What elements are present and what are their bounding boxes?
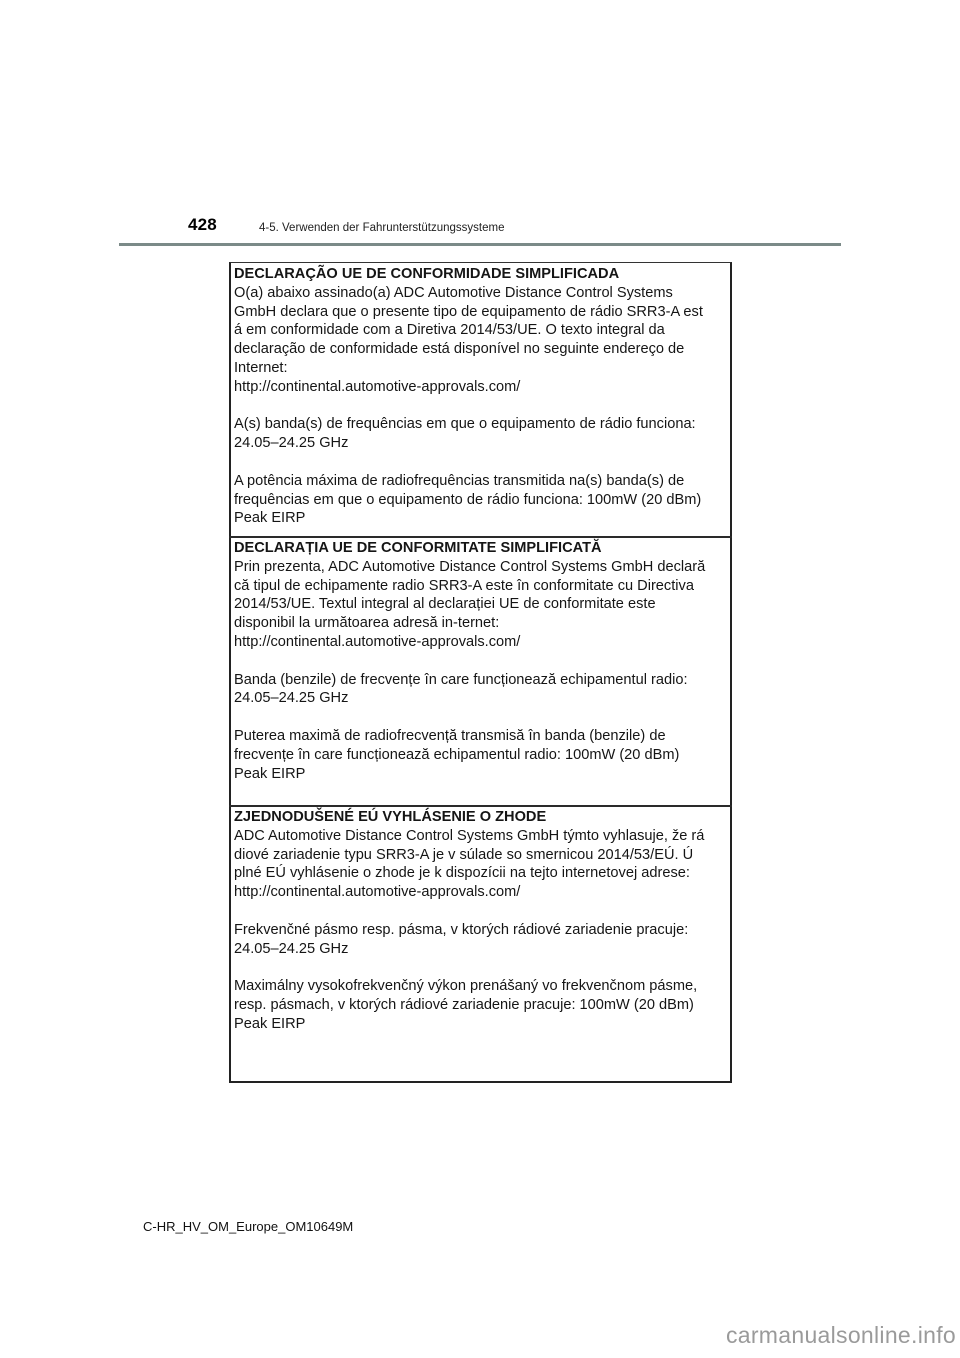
- declaration-text-line: GmbH declara que o presente tipo de equi…: [234, 303, 728, 322]
- max-power-text: Peak EIRP: [234, 765, 728, 784]
- declaration-text-line: disponibil la următoarea adresă in-terne…: [234, 614, 728, 633]
- declaration-text-line: ADC Automotive Distance Control Systems …: [234, 827, 728, 846]
- frequency-band-label: Frekvenčné pásmo resp. pásma, v ktorých …: [234, 921, 728, 940]
- declaration-text-line: á em conformidade com a Diretiva 2014/53…: [234, 321, 728, 340]
- header-rule: [119, 243, 841, 246]
- declaration-text-line: plné EÚ vyhlásenie o zhode je k dispozíc…: [234, 864, 728, 883]
- frequency-band-label: Banda (benzile) de frecvențe în care fun…: [234, 671, 728, 690]
- spacer: [234, 708, 728, 727]
- max-power-text: Peak EIRP: [234, 509, 728, 528]
- section-divider: [229, 536, 732, 538]
- declaration-section-sk: ZJEDNODUŠENÉ EÚ VYHLÁSENIE O ZHODE ADC A…: [231, 808, 730, 1034]
- max-power-text: Maximálny vysokofrekvenčný výkon prenáša…: [234, 977, 728, 996]
- frequency-band-value: 24.05–24.25 GHz: [234, 689, 728, 708]
- spacer: [234, 902, 728, 921]
- section-title: 4-5. Verwenden der Fahrunterstützungssys…: [259, 222, 504, 234]
- declaration-text-line: 2014/53/UE. Textul integral al declarați…: [234, 595, 728, 614]
- declaration-section-pt: DECLARAÇÃO UE DE CONFORMIDADE SIMPLIFICA…: [231, 265, 730, 528]
- spacer: [234, 652, 728, 671]
- frequency-band-label: A(s) banda(s) de frequências em que o eq…: [234, 415, 728, 434]
- page-number: 428: [188, 215, 217, 235]
- manual-id: C-HR_HV_OM_Europe_OM10649M: [143, 1219, 353, 1234]
- declaration-text-line: Prin prezenta, ADC Automotive Distance C…: [234, 558, 728, 577]
- frequency-band-value: 24.05–24.25 GHz: [234, 940, 728, 959]
- declaration-section-ro: DECLARAȚIA UE DE CONFORMITATE SIMPLIFICA…: [231, 539, 730, 783]
- max-power-text: Peak EIRP: [234, 1015, 728, 1034]
- frequency-band-value: 24.05–24.25 GHz: [234, 434, 728, 453]
- declaration-url: http://continental.automotive-approvals.…: [234, 883, 728, 902]
- declaration-url: http://continental.automotive-approvals.…: [234, 633, 728, 652]
- declaration-text-line: că tipul de echipamente radio SRR3-A est…: [234, 577, 728, 596]
- max-power-text: A potência máxima de radiofrequências tr…: [234, 472, 728, 491]
- declaration-box: DECLARAÇÃO UE DE CONFORMIDADE SIMPLIFICA…: [229, 262, 732, 1083]
- declaration-heading: DECLARAȚIA UE DE CONFORMITATE SIMPLIFICA…: [234, 539, 728, 558]
- max-power-text: frequências em que o equipamento de rádi…: [234, 491, 728, 510]
- section-divider: [229, 805, 732, 807]
- declaration-url: http://continental.automotive-approvals.…: [234, 378, 728, 397]
- watermark: carmanualsonline.info: [726, 1322, 956, 1349]
- spacer: [234, 397, 728, 416]
- max-power-text: Puterea maximă de radiofrecvență transmi…: [234, 727, 728, 746]
- declaration-text-line: O(a) abaixo assinado(a) ADC Automotive D…: [234, 284, 728, 303]
- declaration-text-line: diové zariadenie typu SRR3-A je v súlade…: [234, 846, 728, 865]
- spacer: [234, 958, 728, 977]
- declaration-heading: ZJEDNODUŠENÉ EÚ VYHLÁSENIE O ZHODE: [234, 808, 728, 827]
- declaration-heading: DECLARAÇÃO UE DE CONFORMIDADE SIMPLIFICA…: [234, 265, 728, 284]
- spacer: [234, 453, 728, 472]
- declaration-text-line: declaração de conformidade está disponív…: [234, 340, 728, 359]
- declaration-text-line: Internet:: [234, 359, 728, 378]
- max-power-text: frecvențe în care funcționează echipamen…: [234, 746, 728, 765]
- max-power-text: resp. pásmach, v ktorých rádiové zariade…: [234, 996, 728, 1015]
